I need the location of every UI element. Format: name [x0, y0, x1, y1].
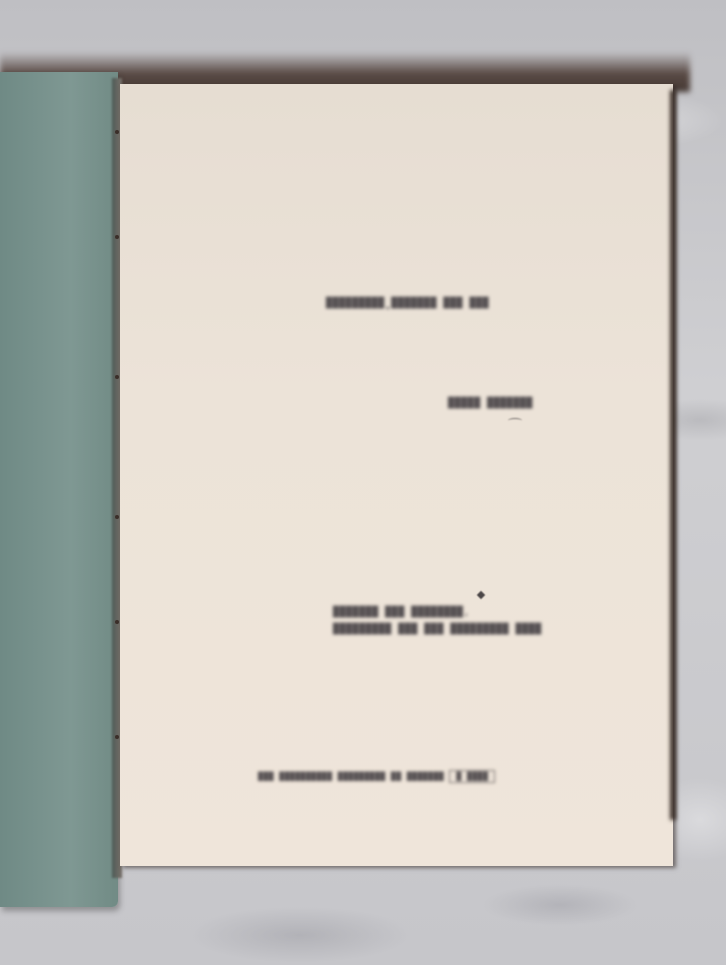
- staple-stitch: [115, 735, 119, 739]
- booklet-cover: [0, 72, 118, 907]
- staple-stitch: [115, 620, 119, 624]
- title-page: [120, 84, 673, 866]
- footnote-line-1: ███████ ███ ████████,: [333, 607, 470, 618]
- handwritten-mark: [508, 418, 522, 423]
- staple-stitch: [115, 515, 119, 519]
- title-underlined: █████████ ███████: [326, 298, 437, 309]
- boxed-number: █ ████: [449, 770, 495, 783]
- page-edge-shadow: [670, 90, 676, 820]
- bottom-text: ███ ██████████ █████████ ██ ███████: [258, 772, 444, 781]
- title-rest: ███ ███: [437, 298, 489, 309]
- staple-stitch: [115, 235, 119, 239]
- bottom-line: ███ ██████████ █████████ ██ ███████ █ ██…: [258, 772, 495, 781]
- staple-stitch: [115, 375, 119, 379]
- staple-stitch: [115, 130, 119, 134]
- footnote-line-2: █████████ ███ ███ █████████ ████: [333, 624, 542, 635]
- title-line: █████████ ███████ ███ ███: [326, 298, 489, 309]
- author-line: █████ ███████: [448, 398, 533, 409]
